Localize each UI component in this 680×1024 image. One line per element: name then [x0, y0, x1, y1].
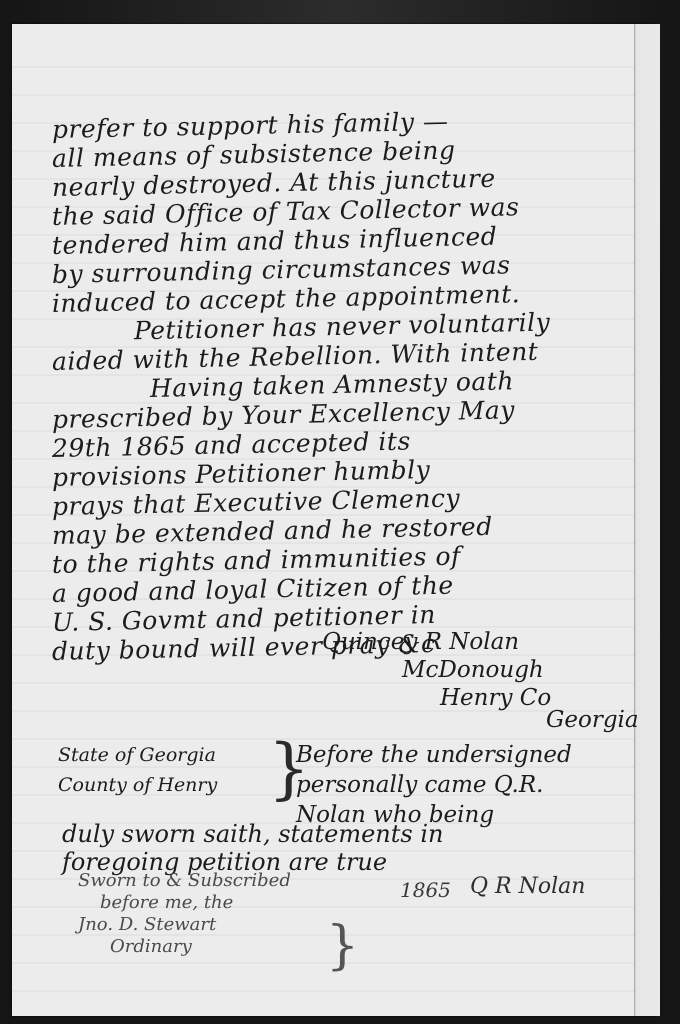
jurat-line: Before the undersigned	[296, 740, 572, 770]
signature-state: Georgia	[546, 706, 639, 735]
jurat-line: duly sworn saith, statements in	[62, 820, 443, 848]
venue-county: County of Henry	[58, 770, 217, 800]
officer-name: Jno. D. Stewart	[78, 914, 291, 936]
affiant-signature: Q R Nolan	[470, 874, 585, 899]
sworn-line: Sworn to & Subscribed	[78, 870, 291, 892]
jurat-venue: State of Georgia County of Henry	[58, 740, 217, 800]
jurat-statement: Before the undersigned personally came Q…	[296, 740, 572, 830]
place-county: Henry Co	[440, 684, 551, 713]
jurat-line: personally came Q.R.	[296, 770, 572, 800]
venue-state: State of Georgia	[58, 740, 217, 770]
place-state: Georgia	[546, 706, 639, 735]
seal-brace-mark: }	[326, 920, 359, 972]
jurat-continuation: duly sworn saith, statements in foregoin…	[62, 820, 443, 876]
sworn-line: before me, the	[78, 892, 291, 914]
petitioner-signature: Quincey R Nolan	[322, 628, 519, 657]
officer-title: Ordinary	[78, 936, 291, 958]
jurat-year: 1865	[400, 878, 451, 902]
petition-body: prefer to support his family — all means…	[52, 115, 642, 666]
signature-county: Henry Co	[440, 684, 551, 713]
signature-name: Quincey R Nolan	[322, 628, 519, 657]
signature-place: McDonough	[402, 656, 544, 685]
sworn-block: Sworn to & Subscribed before me, the Jno…	[78, 870, 291, 958]
place-town: McDonough	[402, 656, 544, 685]
